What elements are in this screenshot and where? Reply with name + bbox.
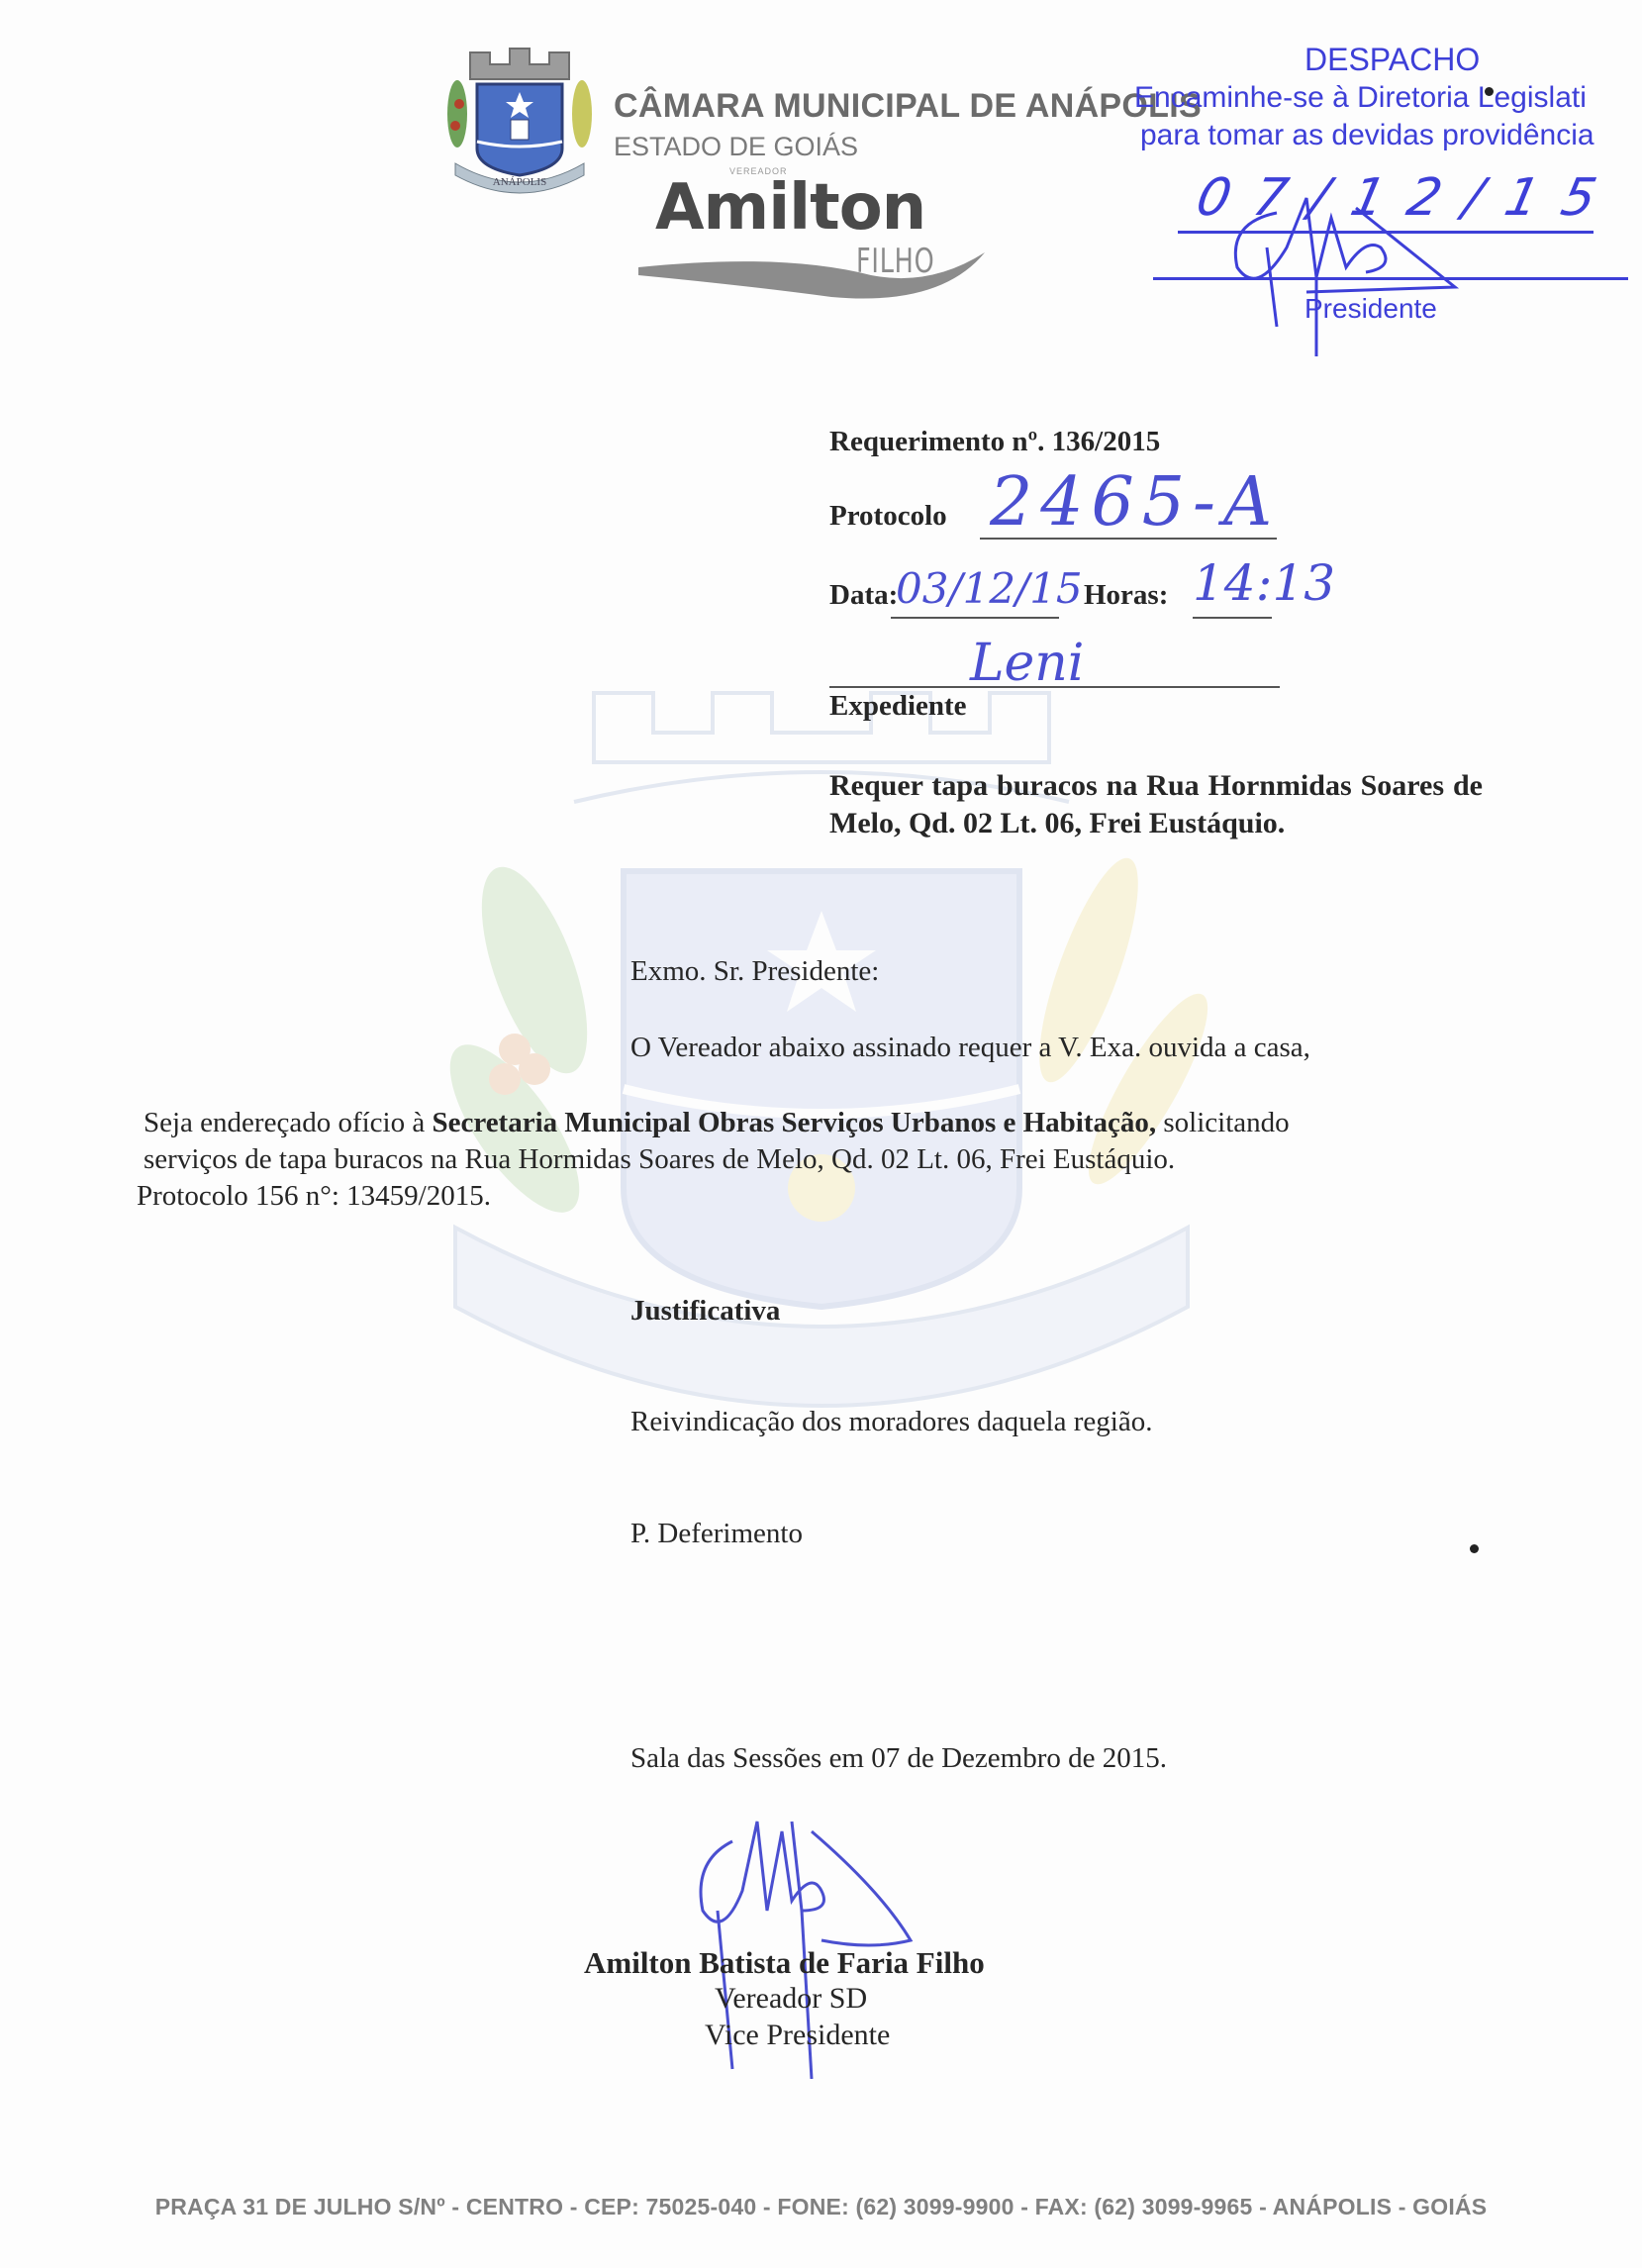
justificativa-text: Reivindicação dos moradores daquela regi… [630,1406,1152,1438]
expediente-rule [829,686,1280,688]
despacho-title: DESPACHO [1304,42,1480,78]
closing: P. Deferimento [630,1518,803,1550]
horas-value: 14:13 [1193,554,1335,612]
ink-dot [1470,1544,1479,1553]
signer-name: Amilton Batista de Faria Filho [584,1945,985,1981]
protocolo-value: 2465-A [990,463,1280,542]
request-paragraph-line1: Seja endereçado ofício à Secretaria Muni… [144,1107,1290,1139]
data-value: 03/12/15 [896,564,1083,613]
despacho-line2: para tomar as devidas providência [1140,119,1594,152]
signer-title1: Vereador SD [715,1982,867,2016]
request-paragraph-line2: serviços de tapa buracos na Rua Hormidas… [144,1143,1175,1176]
logo-suffix: FILHO [856,245,934,278]
request-summary: Requer tapa buracos na Rua Hornmidas Soa… [829,767,1483,842]
expediente-label: Expediente [829,690,967,723]
org-title: CÂMARA MUNICIPAL DE ANÁPOLIS [614,87,1202,126]
request-paragraph-line3: Protocolo 156 n°: 13459/2015. [137,1180,491,1213]
horas-label: Horas: [1084,579,1168,612]
crest-logo: ANÁPOLIS [435,35,604,203]
data-underline [891,617,1059,619]
footer-address: PRAÇA 31 DE JULHO S/Nº - CENTRO - CEP: 7… [0,2194,1642,2220]
crest-label: ANÁPOLIS [493,176,546,188]
data-label: Data: [829,579,898,612]
request-number: Requerimento nº. 136/2015 [829,426,1160,458]
signer-title2: Vice Presidente [705,2019,890,2052]
despacho-line1: Encaminhe-se à Diretoria Legislati [1134,81,1587,115]
justificativa-title: Justificativa [630,1295,780,1328]
protocolo-label: Protocolo [829,500,947,533]
receiver-initials: Leni [970,634,1084,693]
president-signature [1138,178,1633,366]
request-prefix: Seja endereçado ofício à [144,1107,432,1138]
logo-name: Amilton [655,176,925,240]
request-recipient: Secretaria Municipal Obras Serviços Urba… [432,1107,1156,1138]
horas-underline [1193,617,1272,619]
intro-paragraph: O Vereador abaixo assinado requer a V. E… [630,1032,1310,1064]
place-date: Sala das Sessões em 07 de Dezembro de 20… [630,1742,1167,1775]
request-suffix: solicitando [1156,1107,1290,1138]
despacho-role: Presidente [1304,293,1437,325]
salutation: Exmo. Sr. Presidente: [630,955,879,988]
